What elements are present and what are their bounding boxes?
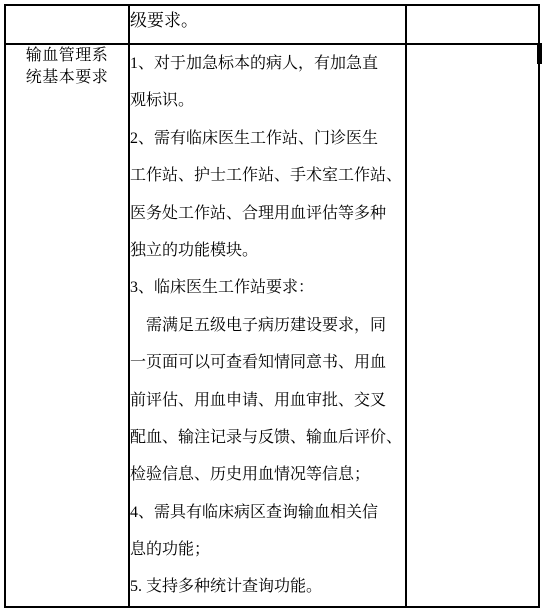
continuation-text: 级要求。	[130, 11, 198, 30]
cell-row-label: 输血管理系 统基本要求	[5, 44, 129, 607]
table-row-main: 输血管理系 统基本要求 1、对于加急标本的病人，有加急直 观标识。 2、需有临床…	[5, 44, 539, 607]
text-line: 需满足五级电子病历建设要求，同	[130, 307, 405, 344]
cell-requirements: 1、对于加急标本的病人，有加急直 观标识。 2、需有临床医生工作站、门诊医生 工…	[129, 44, 406, 607]
document-page: 级要求。 输血管理系 统基本要求 1、对于加急标本的病人，有加急直 观标识。 2…	[0, 0, 542, 612]
text-line: 医务处工作站、合理用血评估等多种	[130, 195, 405, 232]
edge-change-bar-mark	[537, 43, 542, 64]
cell-right-empty	[406, 44, 539, 607]
text-line: 息的功能；	[130, 531, 405, 568]
text-line: 独立的功能模块。	[130, 232, 405, 269]
text-line: 检验信息、历史用血情况等信息；	[130, 456, 405, 493]
row-label-text: 输血管理系 统基本要求	[6, 45, 128, 89]
text-line: 工作站、护士工作站、手术室工作站、	[130, 157, 405, 194]
text-line: 4、需具有临床病区查询输血相关信	[130, 494, 405, 531]
text-line: 配血、输注记录与反馈、输血后评价、	[130, 419, 405, 456]
text-line: 观标识。	[130, 82, 405, 119]
text-line: 3、临床医生工作站要求：	[130, 269, 405, 306]
cell-top-right-empty	[406, 5, 539, 44]
text-line: 前评估、用血申请、用血审批、交叉	[130, 382, 405, 419]
text-line: 1、对于加急标本的病人，有加急直	[130, 45, 405, 82]
cell-continuation-text: 级要求。	[129, 5, 406, 44]
table-row-top: 级要求。	[5, 5, 539, 44]
text-line: 5. 支持多种统计查询功能。	[130, 568, 405, 605]
requirements-table: 级要求。 输血管理系 统基本要求 1、对于加急标本的病人，有加急直 观标识。 2…	[4, 4, 540, 608]
cell-top-left-empty	[5, 5, 129, 44]
text-line: 2、需有临床医生工作站、门诊医生	[130, 120, 405, 157]
text-line: 一页面可以可查看知情同意书、用血	[130, 344, 405, 381]
